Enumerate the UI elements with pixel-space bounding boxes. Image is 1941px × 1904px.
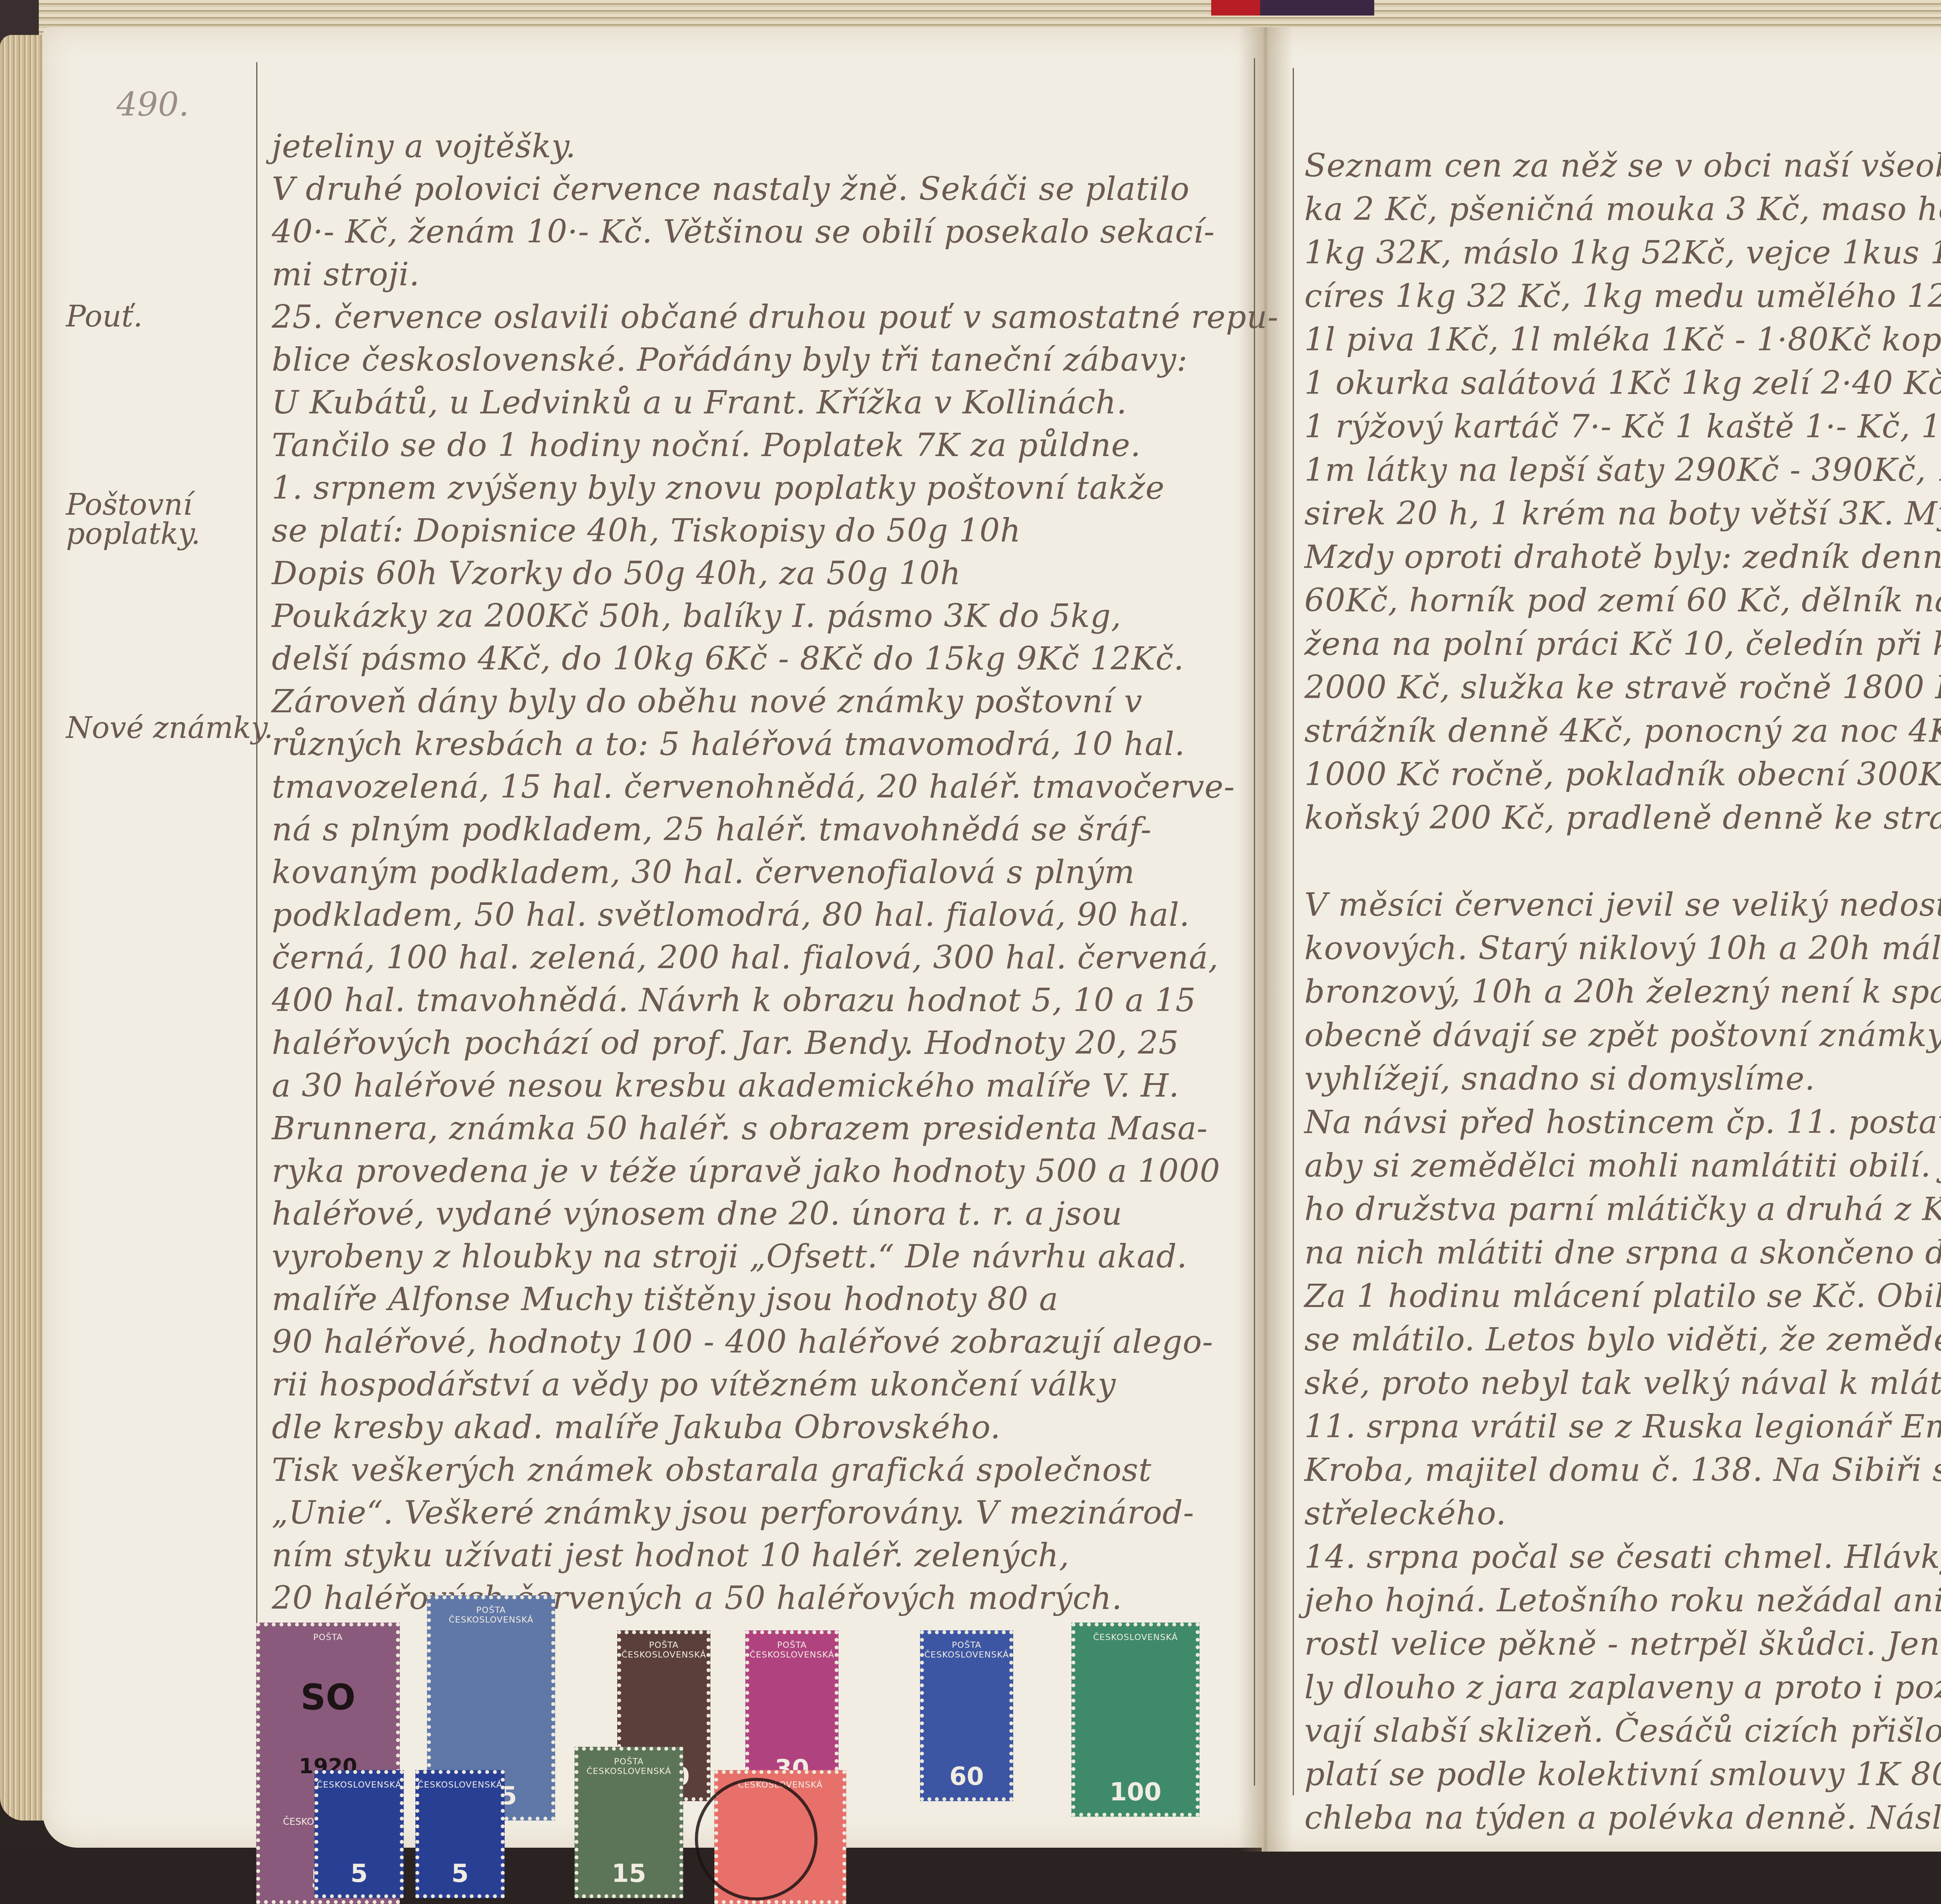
- handwritten-line: blice československé. Pořádány byly tři …: [272, 342, 1188, 378]
- handwritten-line: 60Kč, horník pod zemí 60 Kč, dělník na p…: [1304, 582, 1941, 619]
- handwritten-line: malíře Alfonse Muchy tištěny jsou hodnot…: [272, 1281, 1059, 1318]
- stamp-chainbreaker-30-magenta: POŠTA ČESKOSLOVENSKÁ30: [745, 1630, 839, 1793]
- handwritten-line: haléřových pochází od prof. Jar. Bendy. …: [272, 1025, 1179, 1062]
- handwritten-line: na nich mlátiti dne srpna a skončeno dne…: [1304, 1234, 1941, 1271]
- handwritten-line: 14. srpna počal se česati chmel. Hlávky …: [1304, 1539, 1941, 1576]
- stamp-chainbreaker-60-blue: POŠTA ČESKOSLOVENSKÁ60: [920, 1630, 1013, 1801]
- handwritten-line: se mlátilo. Letos bylo viděti, že zemědě…: [1304, 1321, 1941, 1358]
- stamp-denomination: 60: [949, 1762, 984, 1791]
- handwritten-line: Dopis 60h Vzorky do 50g 40h, za 50g 10h: [272, 555, 961, 592]
- handwritten-line: 25. července oslavili občané druhou pouť…: [272, 299, 1242, 336]
- stamp-dove-5-right: ČESKOSLOVENSKÁ5: [415, 1770, 505, 1898]
- handwritten-line: chleba na týden a polévka denně. Následk…: [1304, 1800, 1941, 1836]
- handwritten-line: obecně dávají se zpět poštovní známky. J…: [1304, 1017, 1941, 1054]
- stamp-dove-5-left: ČESKOSLOVENSKÁ5: [314, 1770, 404, 1898]
- handwritten-line: U Kubátů, u Ledvinků a u Frant. Křížka v…: [272, 384, 1127, 421]
- handwritten-line: střeleckého.: [1304, 1495, 1506, 1532]
- handwritten-line: jeho hojná. Letošního roku nežádal ani t…: [1304, 1582, 1941, 1619]
- handwritten-line: aby si zemědělci mohli namlátiti obilí. …: [1304, 1147, 1941, 1184]
- handwritten-line: mi stroji.: [272, 256, 420, 293]
- stamp-inscription: ČESKOSLOVENSKÁ: [317, 1780, 402, 1790]
- handwritten-line: strážník denně 4Kč, ponocný za noc 4Kč, …: [1304, 713, 1941, 750]
- margin-heading: Pouť.: [66, 299, 142, 333]
- handwritten-line: 1000 Kč ročně, pokladník obecní 300Kč ro…: [1304, 756, 1941, 793]
- stamp-inscription: POŠTA ČESKOSLOVENSKÁ: [750, 1640, 835, 1660]
- handwritten-line: platí se podle kolektivní smlouvy 1K 80h…: [1304, 1756, 1941, 1793]
- handwritten-line: ka 2 Kč, pšeničná mouka 3 Kč, maso hověz…: [1304, 191, 1941, 228]
- handwritten-line: 1kg 32K, máslo 1kg 52Kč, vejce 1kus 1K 2…: [1304, 234, 1941, 271]
- stamp-inscription: ČESKOSLOVENSKÁ: [1093, 1633, 1178, 1642]
- stamp-agriculture-red-praha: ČESKOSLOVENSKÁ: [714, 1770, 846, 1904]
- handwritten-line: kovových. Starý niklový 10h a 20h málo v…: [1304, 930, 1941, 967]
- handwritten-line: 1 rýžový kartáč 7·- Kč 1 kaště 1·- Kč, 1…: [1304, 408, 1941, 445]
- handwritten-line: círes 1kg 32 Kč, 1kg medu umělého 12 Kč,…: [1304, 278, 1941, 315]
- margin-heading: poplatky.: [66, 516, 200, 551]
- handwritten-line: 400 hal. tmavohnědá. Návrh k obrazu hodn…: [272, 982, 1196, 1019]
- handwritten-line: delší pásmo 4Kč, do 10kg 6Kč - 8Kč do 15…: [272, 640, 1184, 677]
- handwritten-line: se platí: Dopisnice 40h, Tiskopisy do 50…: [272, 512, 1021, 549]
- postmark-cancel: [695, 1778, 818, 1901]
- handwritten-line: Za 1 hodinu mlácení platilo se Kč. Obilí…: [1304, 1278, 1941, 1315]
- handwritten-line: dle kresby akad. malíře Jakuba Obrovskéh…: [272, 1409, 1001, 1446]
- handwritten-line: Tisk veškerých známek obstarala grafická…: [272, 1452, 1152, 1489]
- handwritten-line: jeteliny a vojtěšky.: [272, 128, 576, 165]
- handwritten-line: Brunnera, známka 50 haléř. s obrazem pre…: [272, 1110, 1208, 1147]
- stamp-agriculture-100-green: ČESKOSLOVENSKÁ100: [1071, 1623, 1200, 1817]
- stamp-overprint: SO: [300, 1680, 355, 1715]
- handwritten-line: 1m látky na lepší šaty 290Kč - 390Kč, 1 …: [1304, 452, 1941, 489]
- handwritten-line: Mzdy oproti drahotě byly: zedník denně 6…: [1304, 539, 1941, 576]
- handwritten-line: 90 haléřové, hodnoty 100 - 400 haléřové …: [272, 1324, 1214, 1361]
- stamp-denomination: 15: [611, 1859, 646, 1888]
- handwritten-line: Tančilo se do 1 hodiny noční. Poplatek 7…: [272, 427, 1141, 464]
- handwritten-line: ho družstva parní mlátičky a druhá z Kon…: [1304, 1191, 1941, 1228]
- handwritten-line: Kroba, majitel domu č. 138. Na Sibiři sl…: [1304, 1452, 1941, 1489]
- open-ledger-book: 490. 491. Pouť.Poštovnípoplatky.Nové zná…: [0, 0, 1941, 1904]
- stamp-denomination: 5: [351, 1859, 368, 1888]
- handwritten-line: Poukázky za 200Kč 50h, balíky I. pásmo 3…: [272, 598, 1122, 635]
- handwritten-line: kovaným podkladem, 30 hal. červenofialov…: [272, 854, 1135, 891]
- stamp-denomination: 5: [451, 1859, 469, 1888]
- handwritten-line: V druhé polovici července nastaly žně. S…: [272, 171, 1190, 208]
- handwritten-line: vyhlížejí, snadno si domyslíme.: [1304, 1060, 1815, 1097]
- handwritten-line: tmavozelená, 15 hal. červenohnědá, 20 ha…: [272, 769, 1235, 805]
- handwritten-line: Zároveň dány byly do oběhu nové známky p…: [272, 683, 1142, 720]
- right-inner-rule: [1293, 68, 1294, 1795]
- handwritten-line: vají slabší sklizeň. Česáčů cizích přišl…: [1304, 1713, 1941, 1750]
- handwritten-line: a 30 haléřové nesou kresbu akademického …: [272, 1067, 1179, 1104]
- left-margin-rule: [256, 62, 257, 1778]
- page-edges-left: [0, 35, 47, 1821]
- handwritten-line: 1 okurka salátová 1Kč 1kg zelí 2·40 Kč, …: [1304, 365, 1941, 402]
- handwritten-line: 1. srpnem zvýšeny byly znovu poplatky po…: [272, 470, 1165, 507]
- stamp-lion-15-green: POŠTA ČESKOSLOVENSKÁ15: [575, 1747, 683, 1898]
- stamp-denomination: 100: [1109, 1778, 1161, 1807]
- handwritten-line: V měsíci červenci jevil se veliký nedost…: [1304, 887, 1941, 923]
- handwritten-line: vyrobeny z hloubky na stroji „Ofsett.“ D…: [272, 1238, 1188, 1275]
- handwritten-line: různých kresbách a to: 5 haléřová tmavom…: [272, 726, 1185, 763]
- handwritten-line: 11. srpna vrátil se z Ruska legionář Emi…: [1304, 1408, 1941, 1445]
- handwritten-line: ly dlouho z jara zaplaveny a proto i poz…: [1304, 1669, 1941, 1706]
- handwritten-line: ské, proto nebyl tak velký nával k mláti…: [1304, 1365, 1941, 1402]
- handwritten-line: 40·- Kč, ženám 10·- Kč. Většinou se obil…: [272, 213, 1215, 250]
- handwritten-line: Seznam cen za něž se v obci naší všeobec…: [1304, 148, 1941, 184]
- handwritten-line: koňský 200 Kč, pradleně denně ke stravě …: [1304, 800, 1941, 837]
- handwritten-line: ná s plným podkladem, 25 haléř. tmavohně…: [272, 811, 1152, 848]
- handwritten-line: 1l piva 1Kč, 1l mléka 1Kč - 1·80Kč kopa …: [1304, 321, 1941, 358]
- stamp-inscription: POŠTA ČESKOSLOVENSKÁ: [622, 1640, 707, 1660]
- bookmark-ribbon: [1211, 0, 1374, 16]
- handwritten-line: sirek 20 h, 1 krém na boty větší 3K. Mýd…: [1304, 495, 1941, 532]
- margin-heading: Nové známky.: [66, 710, 273, 745]
- handwritten-line: 20 haléřových červených a 50 haléřových …: [272, 1580, 1122, 1617]
- handwritten-line: podkladem, 50 hal. světlomodrá, 80 hal. …: [272, 897, 1190, 934]
- stamp-inscription: POŠTA ČESKOSLOVENSKÁ: [924, 1640, 1009, 1660]
- stamp-inscription: POŠTA: [313, 1633, 343, 1642]
- stamp-inscription: ČESKOSLOVENSKÁ: [418, 1780, 503, 1790]
- handwritten-line: 2000 Kč, služka ke stravě ročně 1800 Kč,…: [1304, 669, 1941, 706]
- stamp-inscription: POŠTA ČESKOSLOVENSKÁ: [581, 1757, 677, 1776]
- handwritten-line: Na návsi před hostincem čp. 11. postaven…: [1304, 1104, 1941, 1141]
- handwritten-line: haléřové, vydané výnosem dne 20. února t…: [272, 1196, 1122, 1232]
- handwritten-line: rostl velice pěkně - netrpěl škůdci. Jen…: [1304, 1626, 1941, 1663]
- handwritten-line: „Unie“. Veškeré známky jsou perforovány.…: [272, 1494, 1194, 1531]
- handwritten-line: ním styku užívati jest hodnot 10 haléř. …: [272, 1537, 1069, 1574]
- handwritten-line: žena na polní práci Kč 10, čeledín při k…: [1304, 626, 1941, 663]
- handwritten-line: černá, 100 hal. zelená, 200 hal. fialová…: [272, 939, 1219, 976]
- handwritten-line: ryka provedena je v téže úpravě jako hod…: [272, 1153, 1221, 1190]
- page-number-left: 490.: [116, 85, 189, 123]
- handwritten-line: bronzový, 10h a 20h železný není k spatř…: [1304, 974, 1941, 1010]
- handwritten-line: rii hospodářství a vědy po vítězném ukon…: [272, 1366, 1116, 1403]
- stamp-inscription: POŠTA ČESKOSLOVENSKÁ: [433, 1605, 549, 1625]
